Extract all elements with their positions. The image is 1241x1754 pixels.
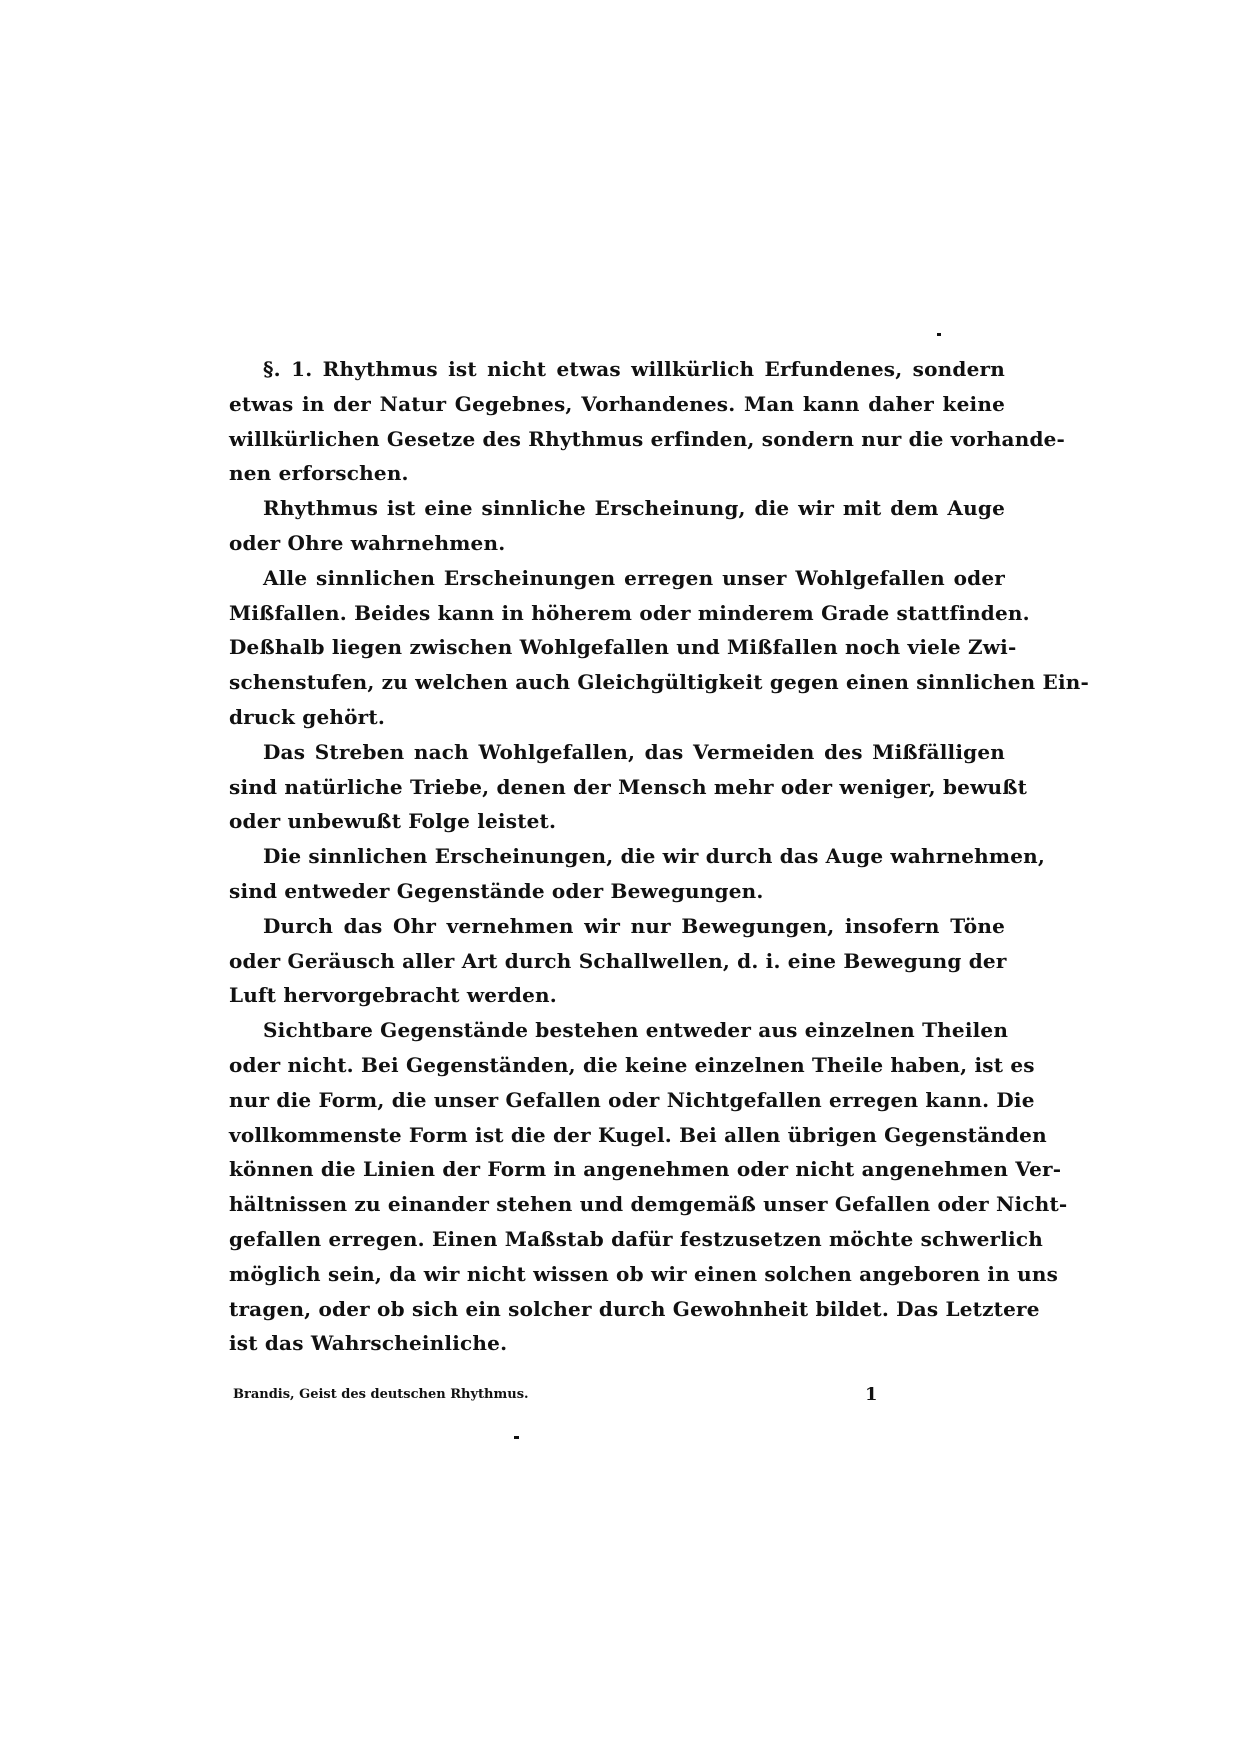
text-line: Alle sinnlichen Erscheinungen erregen un… [229,561,1005,596]
text-line: nur die Form, die unser Gefallen oder Ni… [229,1083,1005,1118]
text-line: können die Linien der Form in angenehmen… [229,1152,1005,1187]
text-line: Luft hervorgebracht werden. [229,978,1005,1013]
text-line: gefallen erregen. Einen Maßstab dafür fe… [229,1222,1005,1257]
text-line: Das Streben nach Wohlgefallen, das Verme… [229,735,1005,770]
text-line: vollkommenste Form ist die der Kugel. Be… [229,1118,1005,1153]
text-line: oder nicht. Bei Gegenständen, die keine … [229,1048,1005,1083]
text-line: oder Ohre wahrnehmen. [229,526,1005,561]
text-line: schenstufen, zu welchen auch Gleichgülti… [229,665,1005,700]
signature-mark: Brandis, Geist des deutschen Rhythmus. [233,1383,529,1407]
text-line: Rhythmus ist eine sinnliche Erscheinung,… [229,491,1005,526]
text-line: Durch das Ohr vernehmen wir nur Bewegung… [229,909,1005,944]
text-line: willkürlichen Gesetze des Rhythmus erfin… [229,422,1005,457]
text-line: Mißfallen. Beides kann in höherem oder m… [229,596,1005,631]
text-line: sind natürliche Triebe, denen der Mensch… [229,770,1005,805]
scan-speck-bottom [514,1436,519,1439]
text-line: Die sinnlichen Erscheinungen, die wir du… [229,839,1005,874]
page-number: 1 [865,1383,878,1407]
body-text: §. 1. Rhythmus ist nicht etwas willkürli… [229,352,1005,1361]
page-footer: Brandis, Geist des deutschen Rhythmus. 1 [233,1383,993,1407]
text-line: sind entweder Gegenstände oder Bewegunge… [229,874,1005,909]
text-line: hältnissen zu einander stehen und demgem… [229,1187,1005,1222]
text-line: nen erforschen. [229,456,1005,491]
scan-speck-top [937,333,941,336]
text-line: etwas in der Natur Gegebnes, Vorhandenes… [229,387,1005,422]
text-line: tragen, oder ob sich ein solcher durch G… [229,1292,1005,1327]
text-line: §. 1. Rhythmus ist nicht etwas willkürli… [229,352,1005,387]
text-line: ist das Wahrscheinliche. [229,1326,1005,1361]
text-line: druck gehört. [229,700,1005,735]
text-line: oder Geräusch aller Art durch Schallwell… [229,944,1005,979]
text-line: möglich sein, da wir nicht wissen ob wir… [229,1257,1005,1292]
text-line: Sichtbare Gegenstände bestehen entweder … [229,1013,1005,1048]
text-line: oder unbewußt Folge leistet. [229,804,1005,839]
text-line: Deßhalb liegen zwischen Wohlgefallen und… [229,630,1005,665]
book-page: §. 1. Rhythmus ist nicht etwas willkürli… [0,0,1241,1754]
